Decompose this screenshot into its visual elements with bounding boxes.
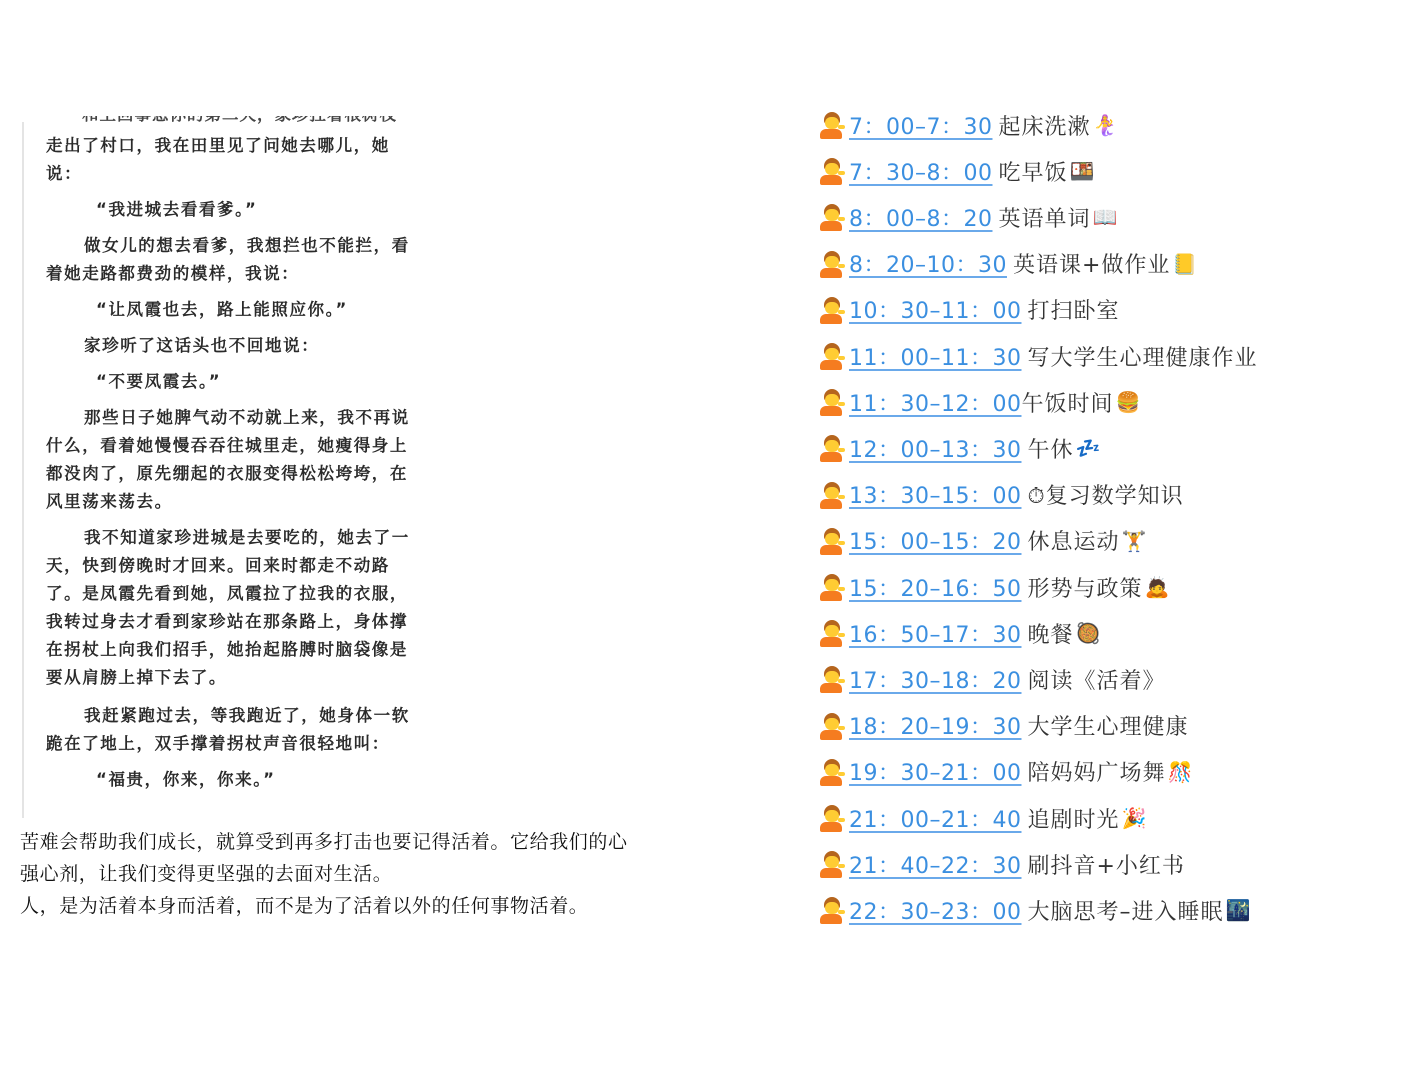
- book-text-line: 做女儿的想去看爹，我想拦也不能拦，看: [84, 236, 410, 256]
- schedule-item: 18：20–19：30大学生心理健康: [818, 709, 1189, 743]
- time-range-link[interactable]: 16：50–17：30: [849, 618, 1021, 649]
- person-tipping-hand-icon: [818, 896, 846, 924]
- schedule-item: 8：00–8：20英语单词📖: [818, 200, 1117, 234]
- book-page-scan: 和上回事想你的第二天，家珍拄着根树枝 走出了村口，我在田里见了问她去哪儿，她说：…: [22, 122, 486, 818]
- task-label: 英语课+做作业: [1013, 248, 1170, 279]
- confetti-box-icon: 🎊: [1168, 760, 1193, 784]
- task-label: 吃早饭: [998, 156, 1067, 187]
- person-tipping-hand-icon: [818, 527, 846, 555]
- book-text-line: 了。是凤霞先看到她，凤霞拉了拉我的衣服，: [46, 584, 408, 604]
- book-text-line: 那些日子她脾气动不动就上来，我不再说: [84, 408, 410, 428]
- task-label: 英语单词: [998, 202, 1090, 233]
- book-text-line: 我转过身去才看到家珍站在那条路上，身体撑: [46, 612, 408, 632]
- book-text-line: 风里荡来荡去。: [46, 492, 173, 512]
- task-label: 休息运动: [1027, 525, 1119, 556]
- paella-icon: 🥘: [1076, 621, 1101, 645]
- time-range-link[interactable]: 18：20–19：30: [849, 710, 1021, 741]
- book-text-line: 要从肩膀上掉下去了。: [46, 668, 227, 688]
- schedule-item: 21：40–22：30刷抖音+小红书: [818, 847, 1185, 881]
- hamburger-icon: 🍔: [1116, 390, 1141, 414]
- book-text-line: 天，快到傍晚时才回来。回来时都走不动路: [46, 556, 390, 576]
- schedule-item: 16：50–17：30晚餐🥘: [818, 616, 1100, 650]
- task-label: 午休: [1027, 433, 1073, 464]
- time-range-link[interactable]: 19：30–21：00: [849, 756, 1021, 787]
- time-range-link[interactable]: 11：00–11：30: [849, 341, 1021, 372]
- schedule-item: 13：30–15：00⏱复习数学知识: [818, 478, 1184, 512]
- book-text-line: 我赶紧跑过去，等我跑近了，她身体一软: [84, 706, 410, 726]
- reflection-caption: 苦难会帮助我们成长，就算受到再多打击也要记得活着。它给我们的心 强心剂，让我们变…: [20, 826, 768, 922]
- person-tipping-hand-icon: [818, 203, 846, 231]
- person-tipping-hand-icon: [818, 758, 846, 786]
- time-range-link[interactable]: 8：00–8：20: [849, 202, 992, 233]
- person-tipping-hand-icon: [818, 342, 846, 370]
- task-label: 形势与政策: [1027, 572, 1142, 603]
- schedule-item: 15：00–15：20休息运动🏋️: [818, 524, 1146, 558]
- schedule-item: 7：30–8：00吃早饭🍱: [818, 154, 1094, 188]
- schedule-item: 22：30–23：00大脑思考–进入睡眠🌃: [818, 893, 1250, 927]
- task-label: 晚餐: [1027, 618, 1073, 649]
- task-label: 打扫卧室: [1027, 294, 1119, 325]
- book-text-line: “我进城去看看爹。”: [96, 200, 257, 220]
- book-text-line: 什么，看着她慢慢吞吞往城里走，她瘦得身上: [46, 436, 408, 456]
- caption-line: 强心剂，让我们变得更坚强的去面对生活。: [20, 858, 768, 890]
- person-tipping-hand-icon: [818, 573, 846, 601]
- schedule-item: 15：20–16：50形势与政策🙇: [818, 570, 1169, 604]
- person-bowing-icon: 🙇: [1145, 575, 1170, 599]
- schedule-item: 7：00–7：30起床洗漱🧜‍♀️: [818, 108, 1117, 142]
- book-text-line: 在拐杖上向我们招手，她抬起胳膊时脑袋像是: [46, 640, 408, 660]
- schedule-item: 8：20–10：30英语课+做作业📒: [818, 247, 1197, 281]
- time-range-link[interactable]: 17：30–18：20: [849, 664, 1021, 695]
- caption-line: 人，是为活着本身而活着，而不是为了活着以外的任何事物活着。: [20, 890, 768, 922]
- person-tipping-hand-icon: [818, 665, 846, 693]
- schedule-item: 11：30–12：00午饭时间🍔: [818, 385, 1140, 419]
- bento-box-icon: 🍱: [1070, 159, 1095, 183]
- mermaid-icon: 🧜‍♀️: [1093, 113, 1118, 137]
- person-tipping-hand-icon: [818, 619, 846, 647]
- book-text-line: “让凤霞也去，路上能照应你。”: [96, 300, 348, 320]
- person-tipping-hand-icon: [818, 434, 846, 462]
- book-text-line: 说：: [46, 164, 82, 184]
- task-label: 追剧时光: [1027, 803, 1119, 834]
- caption-line: 苦难会帮助我们成长，就算受到再多打击也要记得活着。它给我们的心: [20, 826, 768, 858]
- book-text-line: 家珍听了这话头也不回地说：: [84, 336, 319, 356]
- weightlifter-icon: 🏋️: [1122, 529, 1147, 553]
- schedule-item: 11：00–11：30写大学生心理健康作业: [818, 339, 1258, 373]
- person-tipping-hand-icon: [818, 481, 846, 509]
- person-tipping-hand-icon: [818, 157, 846, 185]
- task-label: 大脑思考–进入睡眠: [1027, 895, 1223, 926]
- person-tipping-hand-icon: [818, 111, 846, 139]
- task-label: 阅读《活着》: [1027, 664, 1165, 695]
- time-range-link[interactable]: 10：30–11：00: [849, 294, 1021, 325]
- person-tipping-hand-icon: [818, 712, 846, 740]
- book-text-line: “不要凤霞去。”: [96, 372, 221, 392]
- schedule-item: 12：00–13：30午休💤: [818, 431, 1100, 465]
- schedule-item: 19：30–21：00陪妈妈广场舞🎊: [818, 755, 1192, 789]
- schedule-item: 21：00–21：40追剧时光🎉: [818, 801, 1146, 835]
- time-range-link[interactable]: 15：20–16：50: [849, 572, 1021, 603]
- time-range-link[interactable]: 12：00–13：30: [849, 433, 1021, 464]
- night-city-icon: 🌃: [1226, 898, 1251, 922]
- task-label: 午饭时间: [1021, 387, 1113, 418]
- book-text-line: 着她走路都费劲的模样，我说：: [46, 264, 299, 284]
- time-range-link[interactable]: 8：20–10：30: [849, 248, 1007, 279]
- person-tipping-hand-icon: [818, 296, 846, 324]
- cut-off-line: 和上回事想你的第二天，家珍拄着根树枝: [82, 116, 502, 128]
- task-label: 写大学生心理健康作业: [1027, 341, 1257, 372]
- time-range-link[interactable]: 15：00–15：20: [849, 525, 1021, 556]
- task-label: 起床洗漱: [998, 110, 1090, 141]
- book-text-line: 我不知道家珍进城是去要吃的，她去了一: [84, 528, 410, 548]
- task-label: 陪妈妈广场舞: [1027, 756, 1165, 787]
- time-range-link[interactable]: 22：30–23：00: [849, 895, 1021, 926]
- time-range-link[interactable]: 21：00–21：40: [849, 803, 1021, 834]
- book-text-line: 跪在了地上，双手撑着拐杖声音很轻地叫：: [46, 734, 390, 754]
- time-range-link[interactable]: 7：00–7：30: [849, 110, 992, 141]
- schedule-item: 17：30–18：20阅读《活着》: [818, 662, 1166, 696]
- person-tipping-hand-icon: [818, 850, 846, 878]
- task-label: 大学生心理健康: [1027, 710, 1188, 741]
- book-text-line: 走出了村口，我在田里见了问她去哪儿，她: [46, 136, 390, 156]
- time-range-link[interactable]: 21：40–22：30: [849, 849, 1021, 880]
- task-label: ⏱复习数学知识: [1027, 479, 1183, 510]
- open-book-icon: 📖: [1093, 205, 1118, 229]
- person-tipping-hand-icon: [818, 804, 846, 832]
- time-range-link[interactable]: 13：30–15：00: [849, 479, 1021, 510]
- person-tipping-hand-icon: [818, 388, 846, 416]
- book-text-line: 都没肉了，原先绷起的衣服变得松松垮垮，在: [46, 464, 408, 484]
- schedule-item: 10：30–11：00打扫卧室: [818, 293, 1120, 327]
- book-text-line: “福贵，你来，你来。”: [96, 770, 276, 790]
- task-label: 刷抖音+小红书: [1027, 849, 1184, 880]
- person-tipping-hand-icon: [818, 250, 846, 278]
- zzz-icon: 💤: [1076, 436, 1101, 460]
- party-popper-icon: 🎉: [1122, 806, 1147, 830]
- ledger-icon: 📒: [1172, 252, 1197, 276]
- time-range-link[interactable]: 7：30–8：00: [849, 156, 992, 187]
- time-range-link[interactable]: 11：30–12：00: [849, 387, 1021, 418]
